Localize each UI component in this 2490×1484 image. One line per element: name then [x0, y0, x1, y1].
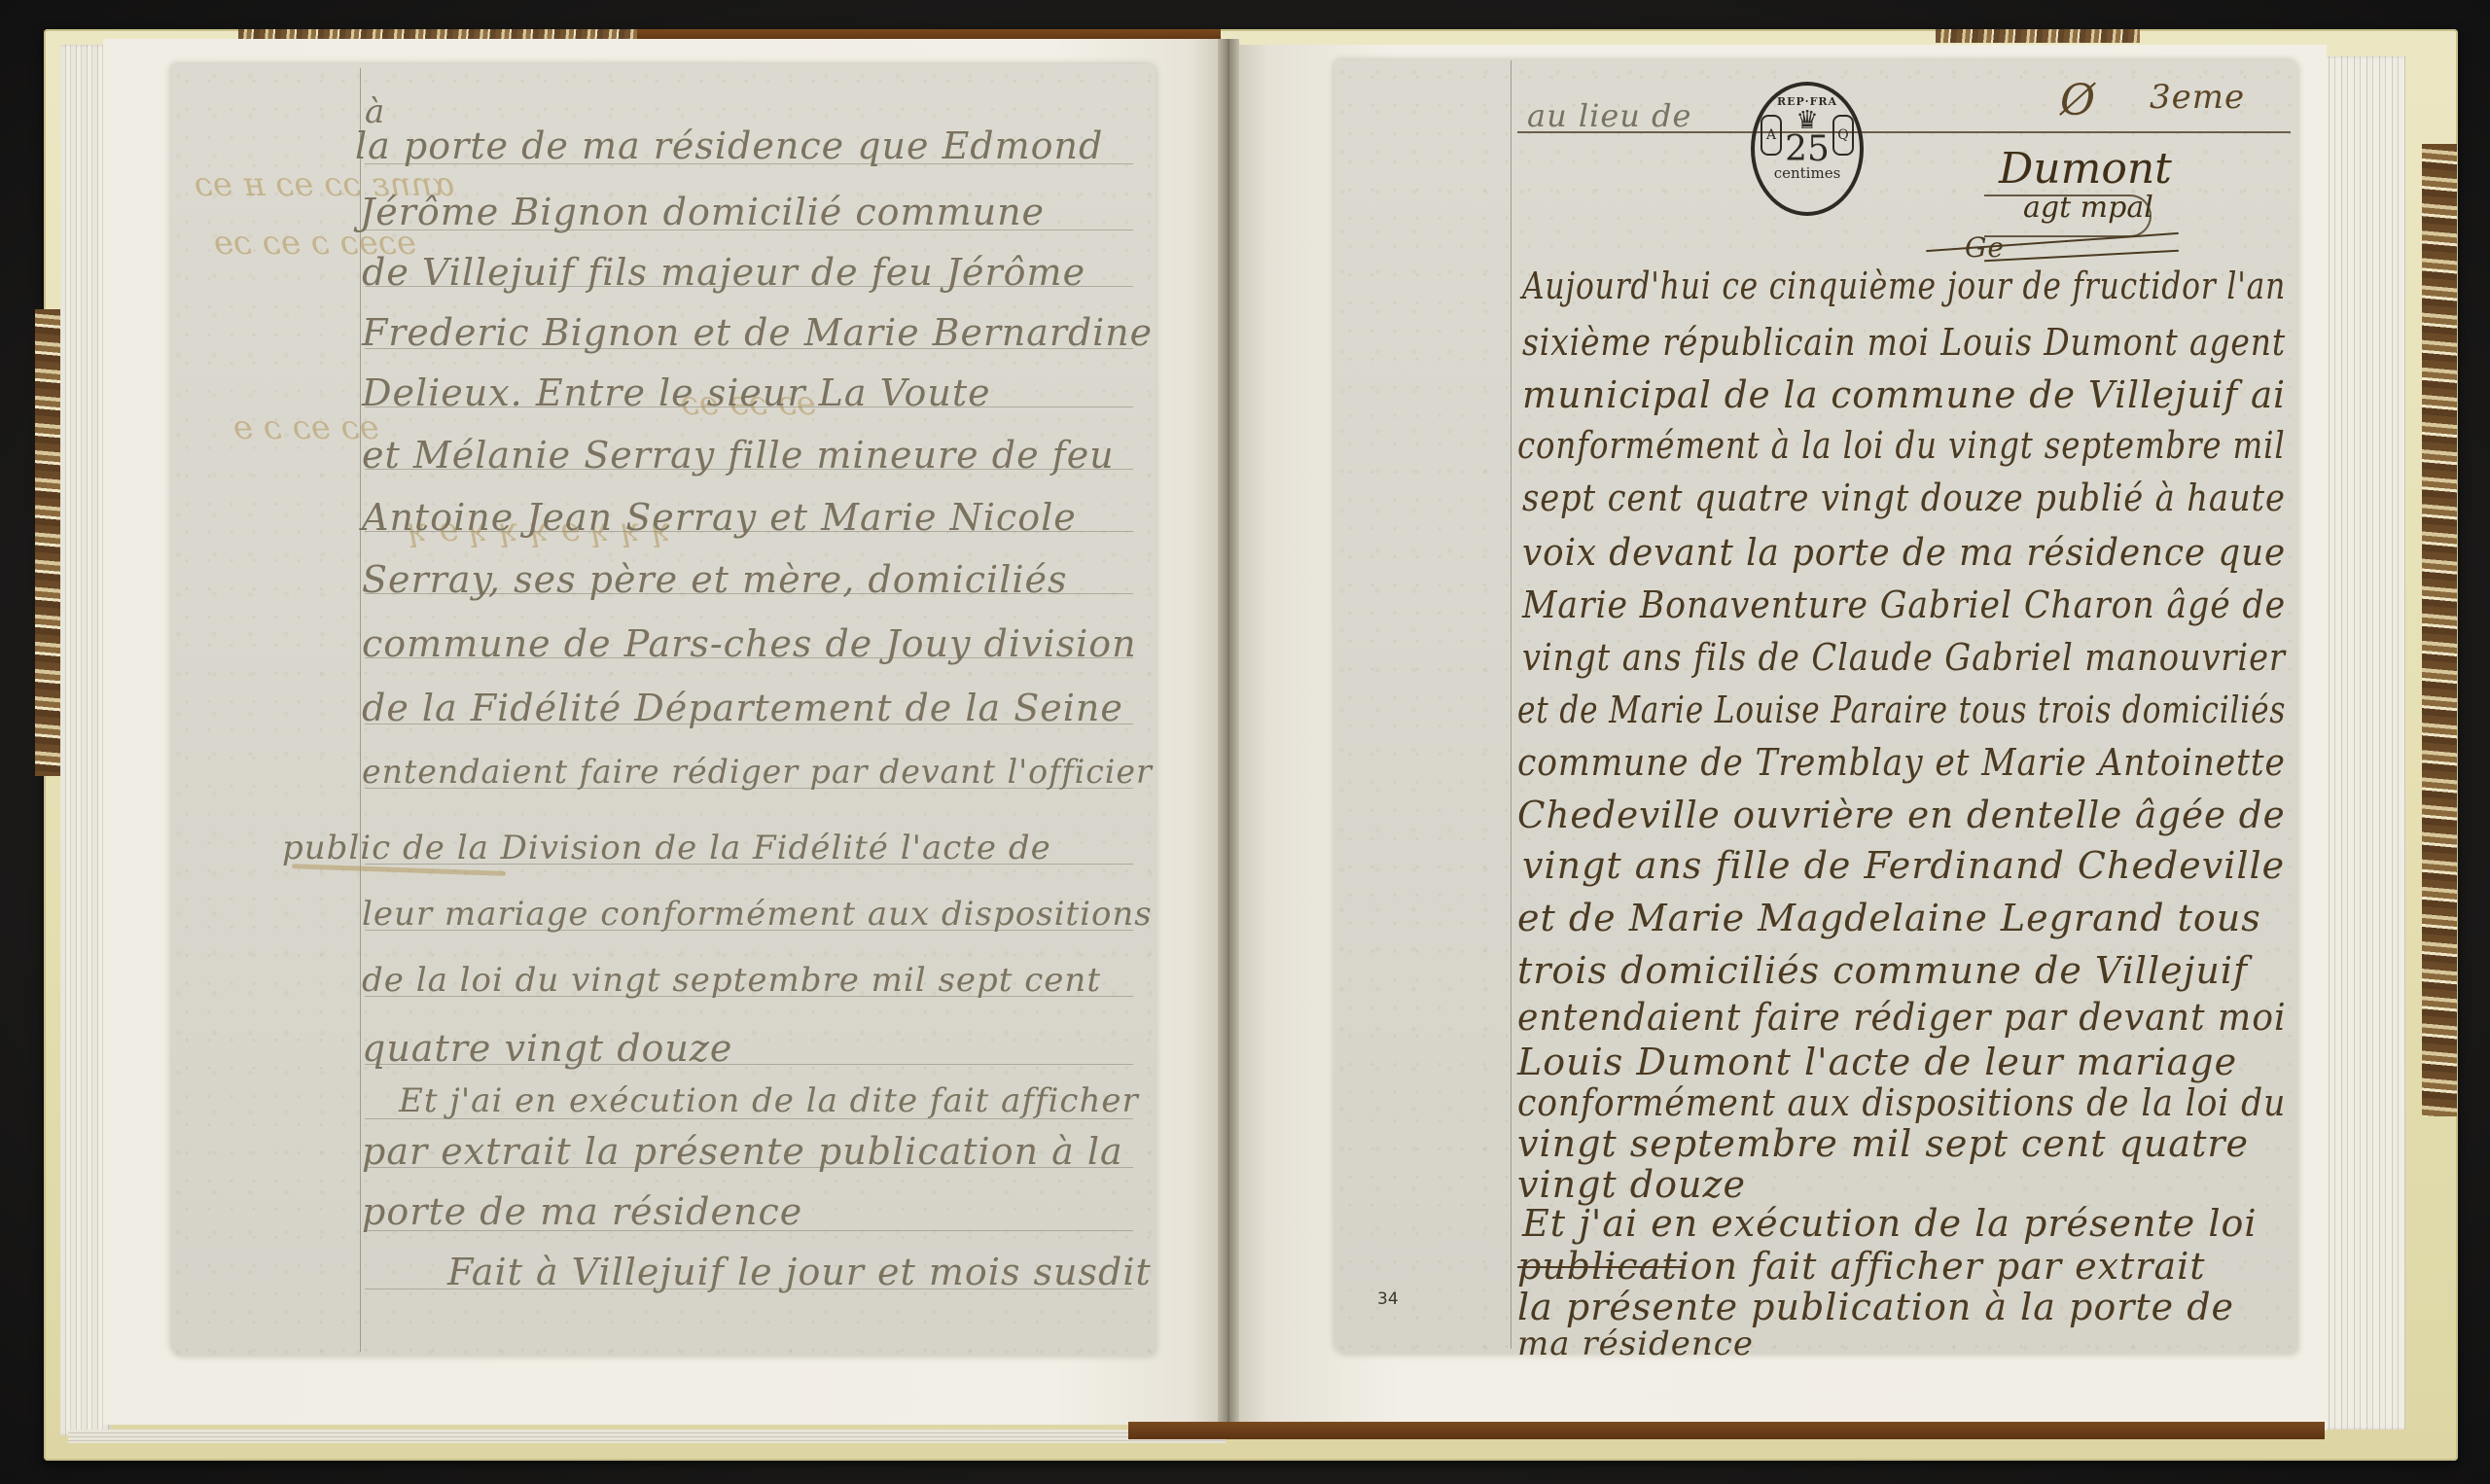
strikethrough: [1517, 1266, 1683, 1268]
handwritten-line: Jérôme Bignon domicilié commune: [360, 191, 1045, 233]
handwritten-line: vingt ans fille de Ferdinand Chedeville: [1522, 844, 2285, 887]
interlinear-correction: Ge: [1965, 231, 2005, 264]
handwritten-line: de la loi du vingt septembre mil sept ce…: [362, 961, 1101, 1000]
header-mark: Ø: [2060, 76, 2096, 125]
handwritten-line: sixième républicain moi Louis Dumont age…: [1522, 321, 2286, 364]
book-spine-gutter: [1218, 39, 1239, 1430]
folio-number: 34: [1377, 1290, 1399, 1309]
handwritten-line: conformément à la loi du vingt septembre…: [1517, 424, 2286, 467]
handwritten-line: voix devant la porte de ma résidence que: [1522, 531, 2286, 574]
handwritten-line: Frederic Bignon et de Marie Bernardine: [362, 311, 1153, 354]
handwritten-line: leur mariage conformément aux dispositio…: [362, 895, 1153, 934]
handwritten-line: vingt septembre mil sept cent quatre: [1517, 1122, 2249, 1165]
handwritten-line: Louis Dumont l'acte de leur mariage: [1517, 1041, 2237, 1083]
header-annotation: au lieu de: [1527, 97, 1691, 134]
handwritten-line: porte de ma résidence: [362, 1190, 802, 1233]
handwritten-line: Fait à Villejuif le jour et mois susdit: [447, 1251, 1152, 1293]
handwritten-line: sept cent quatre vingt douze publié à ha…: [1522, 477, 2286, 519]
stamp-unit: centimes: [1755, 166, 1860, 181]
ordinal-annotation: 3eme: [2150, 78, 2245, 117]
spine-bottom-edge: [1128, 1422, 2325, 1439]
handwritten-line: la présente publication à la porte de: [1517, 1286, 2234, 1328]
bleed-through-text: ɘɔ ɘɔ ɔ ɘ: [233, 408, 379, 447]
handwritten-line: par extrait la présente publication à la: [362, 1130, 1123, 1173]
right-margin-rule: [1511, 60, 1512, 1349]
handwritten-line: ma résidence: [1517, 1325, 1754, 1363]
handwritten-line: entendaient faire rédiger par devant l'o…: [362, 753, 1153, 792]
handwritten-line: Antoine Jean Serray et Marie Nicole: [362, 496, 1077, 539]
signature-flourish: [1984, 194, 2152, 237]
handwritten-line: et de Marie Louise Paraire tous trois do…: [1517, 689, 2286, 731]
handwritten-line: la porte de ma résidence que Edmond: [355, 124, 1103, 167]
handwritten-line: entendaient faire rédiger par devant moi: [1517, 996, 2286, 1039]
handwritten-line: Marie Bonaventure Gabriel Charon âgé de: [1522, 583, 2286, 626]
handwritten-line: municipal de la commune de Villejuif ai: [1522, 373, 2286, 416]
handwritten-line: et de Marie Magdelaine Legrand tous: [1517, 897, 2261, 939]
signature-name-top: Dumont: [1999, 144, 2172, 194]
handwritten-line: trois domiciliés commune de Villejuif: [1517, 949, 2248, 992]
page-stack-bottom: [68, 1430, 1226, 1443]
handwritten-line: Et j'ai en exécution de la présente loi: [1522, 1202, 2258, 1245]
handwritten-line: vingt douze: [1517, 1163, 1746, 1206]
handwritten-line: Chedeville ouvrière en dentelle âgée de: [1517, 794, 2286, 836]
handwritten-line: Aujourd'hui ce cinquième jour de fructid…: [1522, 265, 2286, 307]
handwritten-line: quatre vingt douze: [362, 1027, 732, 1070]
handwritten-line: commune de Pars-ches de Jouy division: [362, 622, 1137, 665]
handwritten-line: de Villejuif fils majeur de feu Jérôme: [362, 251, 1085, 294]
handwritten-line: Et j'ai en exécution de la dite fait aff…: [399, 1081, 1139, 1120]
stamp-left-emblem: A: [1761, 115, 1782, 156]
handwritten-line: public de la Division de la Fidélité l'a…: [282, 829, 1051, 867]
tax-stamp: REP·FRA ♛ 25 centimes A Q: [1751, 82, 1864, 216]
handwritten-line: commune de Tremblay et Marie Antoinette: [1517, 741, 2286, 784]
page-stack-right: [2323, 56, 2405, 1430]
handwritten-line: conformément aux dispositions de la loi …: [1517, 1081, 2286, 1124]
marbled-endpaper-top-right: [1936, 29, 2140, 43]
handwritten-line: vingt ans fils de Claude Gabriel manouvr…: [1522, 636, 2286, 679]
handwritten-line: Delieux. Entre le sieur La Voute: [362, 371, 991, 414]
marbled-endpaper-right: [2422, 144, 2457, 1116]
handwritten-line: Serray, ses père et mère, domiciliés: [362, 558, 1068, 601]
stamp-right-emblem: Q: [1832, 115, 1854, 156]
handwritten-line: de la Fidélité Département de la Seine: [362, 687, 1123, 729]
handwritten-line: et Mélanie Serray fille mineure de feu: [362, 434, 1115, 477]
